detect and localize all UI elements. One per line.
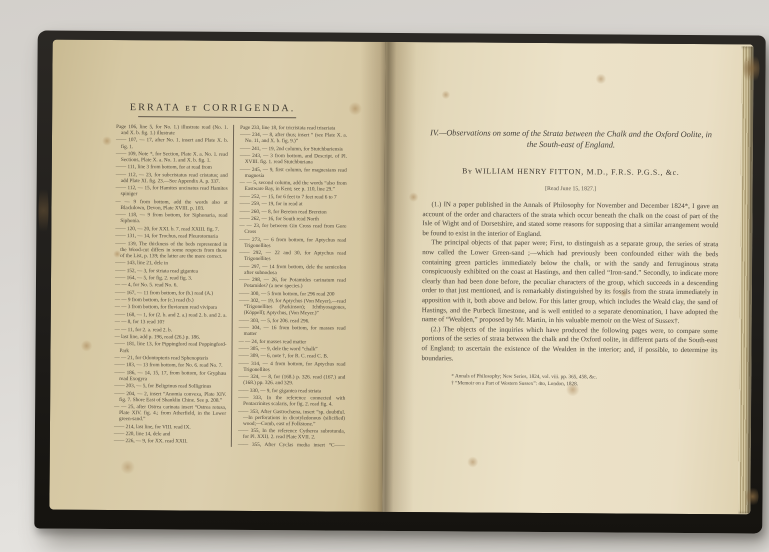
- errata-entry: —— 330, — 9, for gigantea read striata: [238, 388, 345, 395]
- errata-entry: —— 300, — 5 from bottom, for 296 read 20…: [239, 291, 346, 298]
- read-date-note: [Read June 15, 1827.]: [423, 185, 719, 193]
- footnotes: * Annals of Philosophy; New Series, 1824…: [421, 373, 717, 389]
- foxing-spot: [102, 136, 112, 146]
- errata-entry: —— 167, — 11 from bottom, for (b.) read …: [115, 290, 227, 297]
- errata-entry: —— 324, — 8, for (168.) p. 326. read (16…: [238, 374, 345, 387]
- errata-entry: —— 260, — 8, for Bereton read Brereton: [239, 208, 346, 215]
- book-cover: ERRATA ᴇᴛ CORRIGENDA. Page 106, line 5, …: [34, 30, 765, 533]
- open-pages: ERRATA ᴇᴛ CORRIGENDA. Page 106, line 5, …: [49, 40, 753, 515]
- worn-spine-edge: [38, 180, 48, 240]
- errata-entry: —— 259, — 19, for in read at: [240, 201, 347, 208]
- errata-entry: —— 302, — 19, for Aptychus (Von Meyer),—…: [239, 298, 346, 317]
- foxing-spot: [120, 460, 136, 474]
- errata-entry: —— 152, — 3, for striata read gigantea: [115, 268, 227, 275]
- errata-entry: —— 186, — 14, 15, 17, from bottom, for G…: [114, 370, 226, 383]
- page-fore-edge: [738, 46, 753, 513]
- errata-entry: —— 220, line 14, dele and: [114, 431, 226, 438]
- errata-entry: —— 297, — 14 from bottom, dele the semic…: [239, 264, 346, 277]
- errata-entry: —— 111, line 3 from bottom, for at read …: [116, 164, 228, 171]
- errata-entry: —— 243, — 3 from bottom, and Descript. o…: [240, 153, 347, 166]
- header-rule: [138, 116, 296, 118]
- errata-entry: —— 226, — 9, for XX. read XXII.: [114, 438, 226, 445]
- errata-entry: —— 120, — 20, for XXI. b. 7. read XXIII.…: [115, 226, 227, 233]
- errata-entry: —— 273, — 6 from bottom, for Aptychus re…: [239, 237, 346, 250]
- errata-columns: Page 106, line 5, for No. 1.) illustrate…: [112, 124, 352, 448]
- photo-background: ERRATA ᴇᴛ CORRIGENDA. Page 106, line 5, …: [0, 0, 769, 552]
- errata-entry: —— 139, The thickness of the beds repres…: [115, 241, 227, 260]
- errata-entry: —— 183, — 13 from bottom, for No. 6. rea…: [114, 362, 226, 369]
- errata-entry: —— 109, Note *, for Section, Plate X. a.…: [116, 151, 228, 164]
- errata-entry: —— 143, line 21, dele in: [115, 260, 227, 267]
- foxing-spot: [409, 192, 419, 202]
- errata-entry: —— 168, — 1, for (2. b. and 2. a.) read …: [115, 312, 227, 319]
- foxing-spot: [467, 456, 479, 467]
- errata-entry: —— 214, last line, for VIII. read IX.: [114, 424, 226, 431]
- errata-page: ERRATA ᴇᴛ CORRIGENDA. Page 106, line 5, …: [49, 40, 385, 512]
- errata-entry: — — 3 from bottom, for fluviorum read vi…: [115, 304, 227, 311]
- foxing-spot: [81, 340, 93, 352]
- errata-entry: — — 8, for 13 read 10?: [115, 319, 227, 326]
- body-paragraph: (2.) The objects of the inquiries which …: [421, 325, 717, 365]
- errata-entry: —— 298, — 26, for Potamides carinatum re…: [239, 277, 346, 290]
- errata-entry: —— 112, — 23, for subcristatus read cris…: [116, 172, 228, 185]
- errata-entry: — — 24, for masses read matter: [239, 338, 346, 345]
- errata-entry: —— 355, After Cyclas media insert “C—— m…: [238, 441, 345, 447]
- errata-entry: —— 305, — 9, dele the word “chalk”: [239, 346, 346, 353]
- errata-entry: — — 9 from bottom, add the words also at…: [115, 199, 227, 212]
- errata-entry: —— 203, — 5, for Beligrinus read Solligr…: [114, 383, 226, 390]
- errata-entry: — — 11, for 2. a. read 2. b.: [115, 327, 227, 334]
- errata-entry: —— 304, — 16 from bottom, for masses rea…: [239, 325, 346, 338]
- article-page: IV.—Observations on some of the Strata b…: [382, 42, 753, 515]
- errata-entry: —— 333, In the reference connected with …: [238, 395, 345, 408]
- article: IV.—Observations on some of the Strata b…: [421, 128, 719, 389]
- errata-entry: —— 303, — 5, for 206. read 296.: [239, 318, 346, 325]
- errata-entry: — — 23, for between Gin Cross read from …: [239, 223, 346, 236]
- errata-entry: —— 262, — 16, for South read North: [239, 216, 346, 223]
- errata-title: ERRATA ᴇᴛ CORRIGENDA.: [52, 102, 373, 115]
- errata-entry: — — 21, for Odontopteris read Sphenopter…: [114, 355, 226, 362]
- article-title: IV.—Observations on some of the Strata b…: [425, 128, 717, 151]
- errata-entry: — — 5, second column, add the words “als…: [240, 180, 347, 193]
- errata-entry: — last line, add p. 196, read (26.) p. 1…: [115, 334, 227, 341]
- errata-entry: —— 112, — 15, for Hamites uncinatus read…: [116, 185, 228, 198]
- article-body: (1.) IN a paper published in the Annals …: [421, 200, 718, 365]
- article-byline: Bʏ WILLIAM HENRY FITTON, M.D., F.R.S. P.…: [423, 166, 719, 177]
- foxing-spot: [595, 73, 606, 84]
- errata-entry: — — 4, for No. 5. read No. 6.: [115, 282, 227, 289]
- errata-entry: —— 131, — 14, for Trochus, read Pleuroto…: [115, 233, 227, 240]
- errata-entry: — — 25, after Ostrea carinata insert “Os…: [114, 404, 226, 423]
- errata-entry: Page 233, line 18, for tricristata read …: [240, 125, 347, 132]
- body-paragraph: (1.) IN a paper published in the Annals …: [422, 200, 718, 240]
- body-paragraph: The principal objects of that paper were…: [422, 239, 719, 327]
- errata-entry: —— 107, — 17, after No. 1. insert and Pl…: [116, 137, 228, 150]
- errata-entry: —— 309, — 6, note †, for R. C. read C. B…: [238, 353, 345, 360]
- errata-entry: —— 181, line 13, for Pippingford read Po…: [114, 341, 226, 354]
- foxing-spot: [441, 90, 450, 99]
- footnote: † “Memoir on a Part of Western Sussex”: …: [451, 380, 717, 389]
- errata-column-left: Page 106, line 5, for No. 1.) illustrate…: [112, 124, 233, 447]
- errata-column-right: Page 233, line 18, for tricristata read …: [231, 125, 352, 448]
- errata-entry: —— 234, — 8, after thus; insert “ (see P…: [240, 132, 347, 145]
- errata-entry: —— 241, — 19, 2nd column, for Stutchburi…: [240, 146, 347, 153]
- errata-entry: —— 292, — 22 and 30, for Aptychus read T…: [239, 250, 346, 263]
- errata-entry: Page 106, line 5, for No. 1.) illustrate…: [116, 124, 228, 137]
- errata-entry: — — 9 from bottom, for (c.) read (b.): [115, 297, 227, 304]
- errata-entry: —— 355, In the reference Cytherea subrot…: [238, 428, 345, 441]
- errata-entry: —— 245, — 9, first column, for magnesian…: [240, 167, 347, 180]
- errata-entry: —— 252, — 15, for 6 feet to 7 feet read …: [240, 194, 347, 201]
- errata-entry: —— 164, — 5, for fig. 2. read fig. 3.: [115, 275, 227, 282]
- errata-entry: —— 353, After Gastrochæna, insert “sp. d…: [238, 408, 345, 427]
- errata-entry: —— 314, — 4 from bottom, for Aptychus re…: [238, 361, 345, 374]
- errata-entry: —— 204, — 2, insert “Anomia convexa, Pla…: [114, 391, 226, 404]
- errata-entry: —— 118, — 9 from bottom, for Siphonaria,…: [115, 212, 227, 225]
